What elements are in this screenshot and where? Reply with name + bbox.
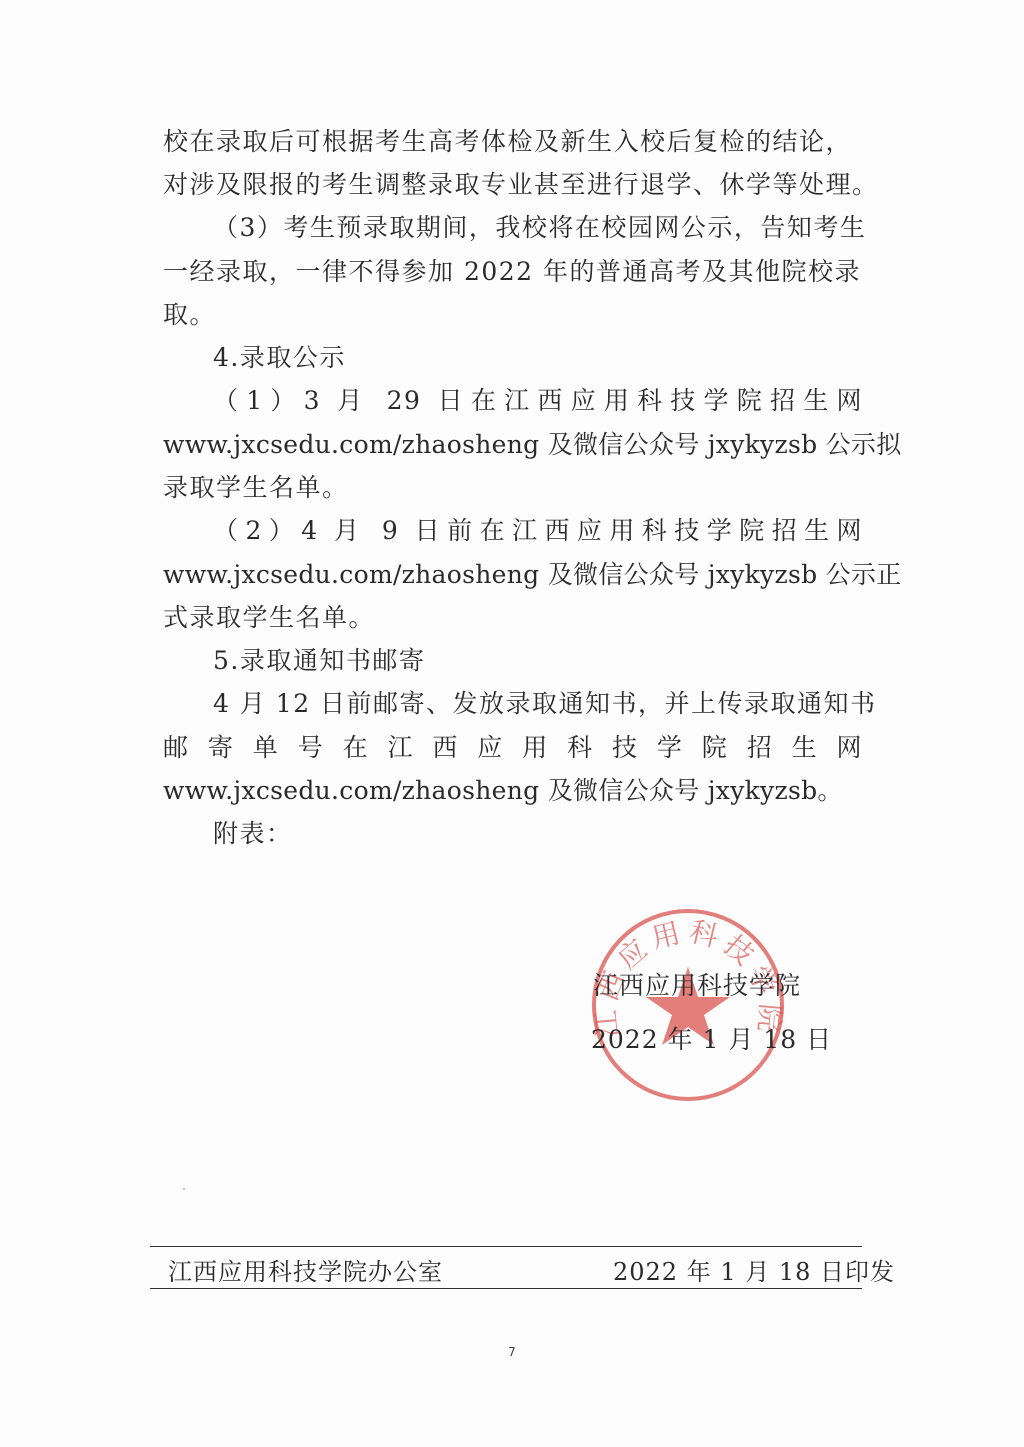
body-line: www.jxcsedu.com/zhaosheng 及微信公众号 jxykyzs… [163, 776, 863, 806]
body-line: 取。 [163, 300, 863, 330]
section-heading-5: 5.录取通知书邮寄 [213, 646, 863, 676]
footer-issuer: 江西应用科技学院办公室 [168, 1257, 443, 1287]
official-seal-icon: 江西应用科技学院 [588, 905, 788, 1105]
attachment-label: 附表： [213, 819, 863, 849]
body-line: 录取学生名单。 [163, 473, 863, 503]
footer-issue-date: 2022 年 1 月 18 日印发 [613, 1257, 895, 1287]
body-line: （3）考生预录取期间，我校将在校园网公示，告知考生 [213, 213, 863, 243]
document-page: 校在录取后可根据考生高考体检及新生入校后复检的结论， 对涉及限报的考生调整录取专… [0, 0, 1024, 1447]
body-line: （2）4 月 9 日前在江西应用科技学院招生网 [213, 516, 863, 546]
body-line: 4 月 12 日前邮寄、发放录取通知书，并上传录取通知书 [213, 689, 863, 719]
section-heading-4: 4.录取公示 [213, 343, 863, 373]
footer-bottom-rule [150, 1288, 862, 1289]
body-line: www.jxcsedu.com/zhaosheng 及微信公众号 jxykyzs… [163, 430, 863, 460]
body-line: 式录取学生名单。 [163, 603, 863, 633]
signature-organization: 江西应用科技学院 [593, 971, 801, 1001]
body-line: www.jxcsedu.com/zhaosheng 及微信公众号 jxykyzs… [163, 560, 863, 590]
body-line: 邮寄单号在江西应用科技学院招生网 [163, 733, 863, 763]
body-line: 一经录取，一律不得参加 2022 年的普通高考及其他院校录 [163, 257, 863, 287]
body-line: 校在录取后可根据考生高考体检及新生入校后复检的结论， [163, 127, 863, 157]
signature-date: 2022 年 1 月 18 日 [591, 1025, 832, 1055]
scan-speck [183, 1188, 185, 1190]
page-number: 7 [0, 1345, 1024, 1359]
body-line: （1）3 月 29 日在江西应用科技学院招生网 [213, 386, 863, 416]
footer-top-rule [150, 1246, 862, 1247]
body-line: 对涉及限报的考生调整录取专业甚至进行退学、休学等处理。 [163, 170, 863, 200]
